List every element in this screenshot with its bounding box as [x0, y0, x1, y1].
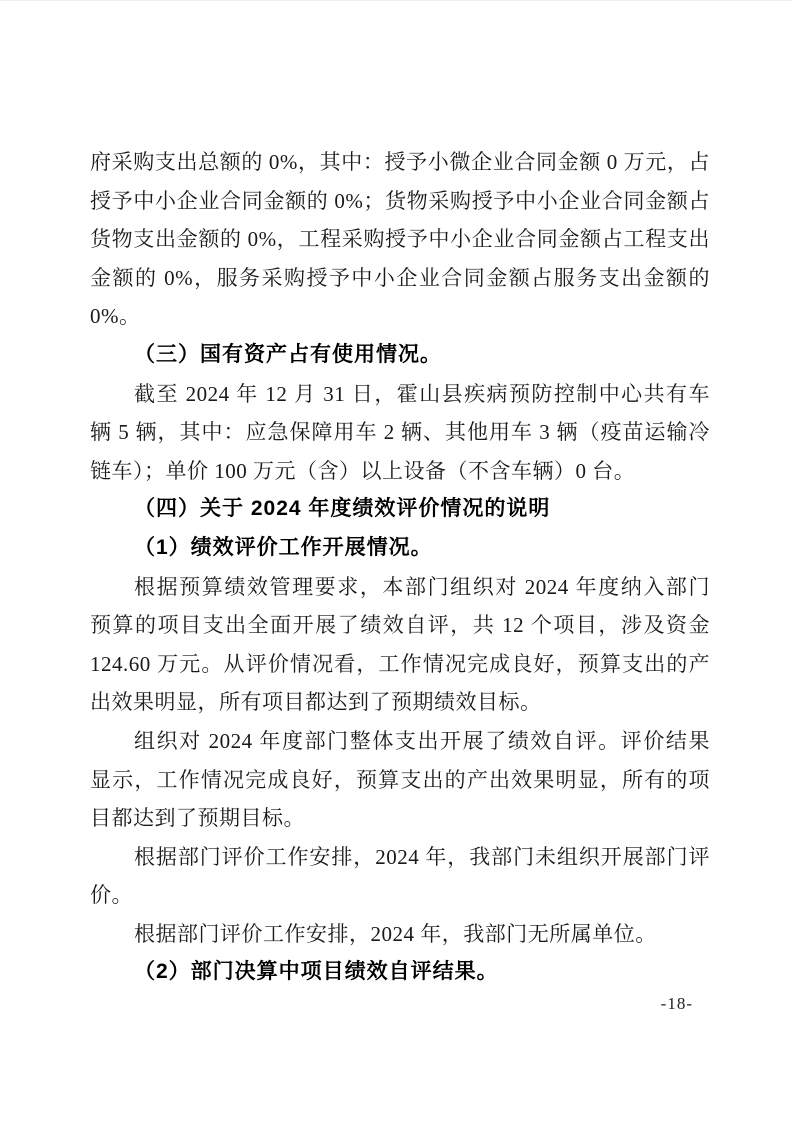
- para-gov-procurement-line-1: 府采购支出总额的 0%，其中：授予小微企业合同金额 0 万元，占: [90, 143, 710, 182]
- para-state-assets-line-1: 截至 2024 年 12 月 31 日，霍山县疾病预防控制中心共有车: [90, 375, 710, 414]
- heading-section-4-performance-evaluation: （四）关于 2024 年度绩效评价情况的说明: [90, 490, 710, 529]
- para-gov-procurement-line-2: 授予中小企业合同金额的 0%；货物采购授予中小企业合同金额占: [90, 182, 710, 221]
- heading-section-3-state-assets: （三）国有资产占有使用情况。: [90, 336, 710, 375]
- page-number: -18-: [661, 995, 693, 1012]
- para-self-evaluation-line-3: 124.60 万元。从评价情况看，工作情况完成良好，预算支出的产: [90, 645, 710, 684]
- para-no-subordinate-units: 根据部门评价工作安排，2024 年，我部门无所属单位。: [90, 915, 710, 954]
- document-body: 府采购支出总额的 0%，其中：授予小微企业合同金额 0 万元，占授予中小企业合同…: [90, 143, 710, 992]
- para-self-evaluation-line-4: 出效果明显，所有项目都达到了预期绩效目标。: [90, 683, 710, 722]
- para-state-assets-line-2: 辆 5 辆，其中：应急保障用车 2 辆、其他用车 3 辆（疫苗运输冷: [90, 413, 710, 452]
- para-dept-evaluation-line-1: 根据部门评价工作安排，2024 年，我部门未组织开展部门评: [90, 838, 710, 877]
- heading-sub-1-evaluation-work: （1）绩效评价工作开展情况。: [90, 529, 710, 568]
- para-state-assets-line-3: 链车）；单价 100 万元（含）以上设备（不含车辆）0 台。: [90, 452, 710, 491]
- heading-sub-2-final-accounts-results: （2）部门决算中项目绩效自评结果。: [90, 953, 710, 992]
- document-page: 府采购支出总额的 0%，其中：授予小微企业合同金额 0 万元，占授予中小企业合同…: [0, 0, 793, 1123]
- para-overall-expenditure-line-1: 组织对 2024 年度部门整体支出开展了绩效自评。评价结果: [90, 722, 710, 761]
- para-gov-procurement-line-3: 货物支出金额的 0%，工程采购授予中小企业合同金额占工程支出: [90, 220, 710, 259]
- para-gov-procurement-line-4: 金额的 0%，服务采购授予中小企业合同金额占服务支出金额的: [90, 259, 710, 298]
- para-overall-expenditure-line-3: 目都达到了预期目标。: [90, 799, 710, 838]
- para-self-evaluation-line-2: 预算的项目支出全面开展了绩效自评，共 12 个项目，涉及资金: [90, 606, 710, 645]
- para-overall-expenditure-line-2: 显示，工作情况完成良好，预算支出的产出效果明显，所有的项: [90, 761, 710, 800]
- para-self-evaluation-line-1: 根据预算绩效管理要求，本部门组织对 2024 年度纳入部门: [90, 568, 710, 607]
- para-gov-procurement-line-5: 0%。: [90, 297, 710, 336]
- para-dept-evaluation-line-2: 价。: [90, 876, 710, 915]
